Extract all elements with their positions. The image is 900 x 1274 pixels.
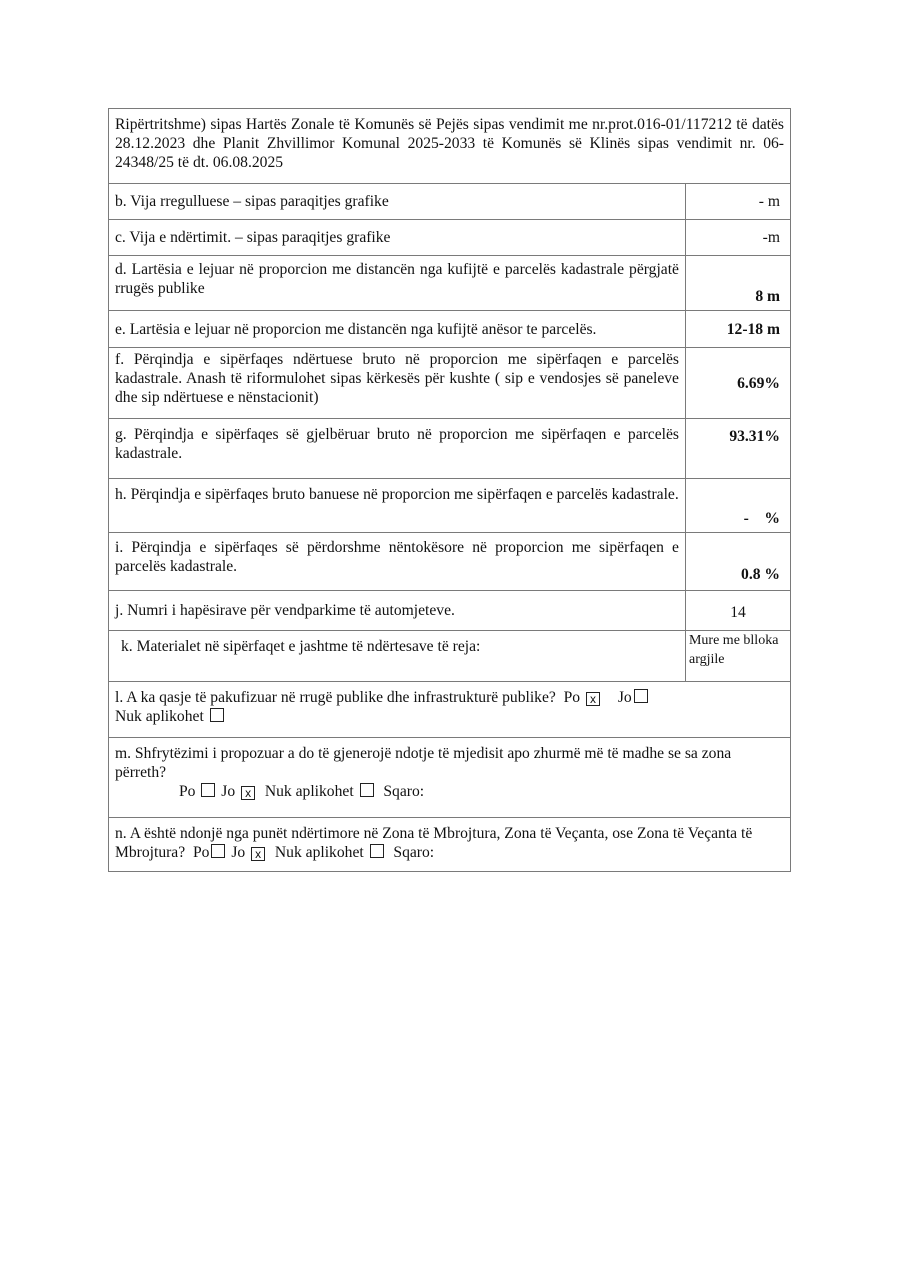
row-l-checkbox-jo[interactable] [634,689,648,703]
row-k-value: Mure me blloka argjile [685,631,790,682]
row-m-checkbox-po[interactable] [201,783,215,797]
row-f-label: f. Përqindja e sipërfaqes ndërtuese brut… [109,348,686,419]
row-j-value: 14 [685,591,790,631]
table-row: n. A është ndonjë nga punët ndërtimore n… [109,818,791,872]
row-l-option-jo: Jo [618,689,650,706]
row-m-cell: m. Shfrytëzimi i propozuar a do të gjene… [109,738,791,818]
row-k-label: k. Materialet në sipërfaqet e jashtme të… [109,631,686,682]
row-d-label: d. Lartësia e lejuar në proporcion me di… [109,256,686,311]
table-row: c. Vija e ndërtimit. – sipas paraqitjes … [109,220,791,256]
row-g-value: 93.31% [685,419,790,479]
table-row: g. Përqindja e sipërfaqes së gjelbëruar … [109,419,791,479]
table-row: m. Shfrytëzimi i propozuar a do të gjene… [109,738,791,818]
row-c-label: c. Vija e ndërtimit. – sipas paraqitjes … [109,220,686,256]
row-h-value: - % [685,479,790,533]
row-n-option-po: Po [193,844,209,861]
row-m-option-jo: Jo [221,783,235,800]
row-l-checkbox-na[interactable] [210,708,224,722]
row-b-label: b. Vija rregulluese – sipas paraqitjes g… [109,184,686,220]
row-c-value: -m [685,220,790,256]
row-g-label: g. Përqindja e sipërfaqes së gjelbëruar … [109,419,686,479]
table-row: e. Lartësia e lejuar në proporcion me di… [109,311,791,348]
row-i-value: 0.8 % [685,533,790,591]
row-f-value: 6.69% [685,348,790,419]
row-a-text: Ripërtritshme) sipas Hartës Zonale të Ko… [109,109,791,184]
row-m-option-po: Po [179,783,195,800]
row-h-label: h. Përqindja e sipërfaqes bruto banuese … [109,479,686,533]
row-m-options: Po Jo x Nuk aplikohet Sqaro: [115,782,784,801]
row-n-checkbox-jo[interactable]: x [251,847,265,861]
row-d-value: 8 m [685,256,790,311]
table-row: h. Përqindja e sipërfaqes bruto banuese … [109,479,791,533]
table-row: f. Përqindja e sipërfaqes ndërtuese brut… [109,348,791,419]
row-e-value: 12-18 m [685,311,790,348]
row-m-checkbox-na[interactable] [360,783,374,797]
row-m-checkbox-jo[interactable]: x [241,786,255,800]
table-row: l. A ka qasje të pakufizuar në rrugë pub… [109,682,791,738]
row-l-cell: l. A ka qasje të pakufizuar në rrugë pub… [109,682,791,738]
row-m-option-na: Nuk aplikohet [265,783,354,800]
table-row: j. Numri i hapësirave për vendparkime të… [109,591,791,631]
row-i-label: i. Përqindja e sipërfaqes së përdorshme … [109,533,686,591]
row-b-value: - m [685,184,790,220]
row-l-option-po: Po x [560,689,602,706]
row-n-checkbox-po[interactable] [211,844,225,858]
table-row: d. Lartësia e lejuar në proporcion me di… [109,256,791,311]
table-row: i. Përqindja e sipërfaqes së përdorshme … [109,533,791,591]
conditions-table: Ripërtritshme) sipas Hartës Zonale të Ko… [108,108,791,872]
row-n-option-na: Nuk aplikohet [275,844,364,861]
row-l-option-na: Nuk aplikohet [115,708,226,725]
row-m-question: m. Shfrytëzimi i propozuar a do të gjene… [115,744,784,782]
table-row: b. Vija rregulluese – sipas paraqitjes g… [109,184,791,220]
row-l-question: l. A ka qasje të pakufizuar në rrugë pub… [115,689,556,706]
row-n-checkbox-na[interactable] [370,844,384,858]
table-row: k. Materialet në sipërfaqet e jashtme të… [109,631,791,682]
row-m-explain: Sqaro: [383,783,424,800]
row-l-checkbox-po[interactable]: x [586,692,600,706]
table-row: Ripërtritshme) sipas Hartës Zonale të Ko… [109,109,791,184]
row-e-label: e. Lartësia e lejuar në proporcion me di… [109,311,686,348]
row-j-label: j. Numri i hapësirave për vendparkime të… [109,591,686,631]
row-n-option-jo: Jo [231,844,245,861]
row-n-explain: Sqaro: [393,844,434,861]
row-n-cell: n. A është ndonjë nga punët ndërtimore n… [109,818,791,872]
